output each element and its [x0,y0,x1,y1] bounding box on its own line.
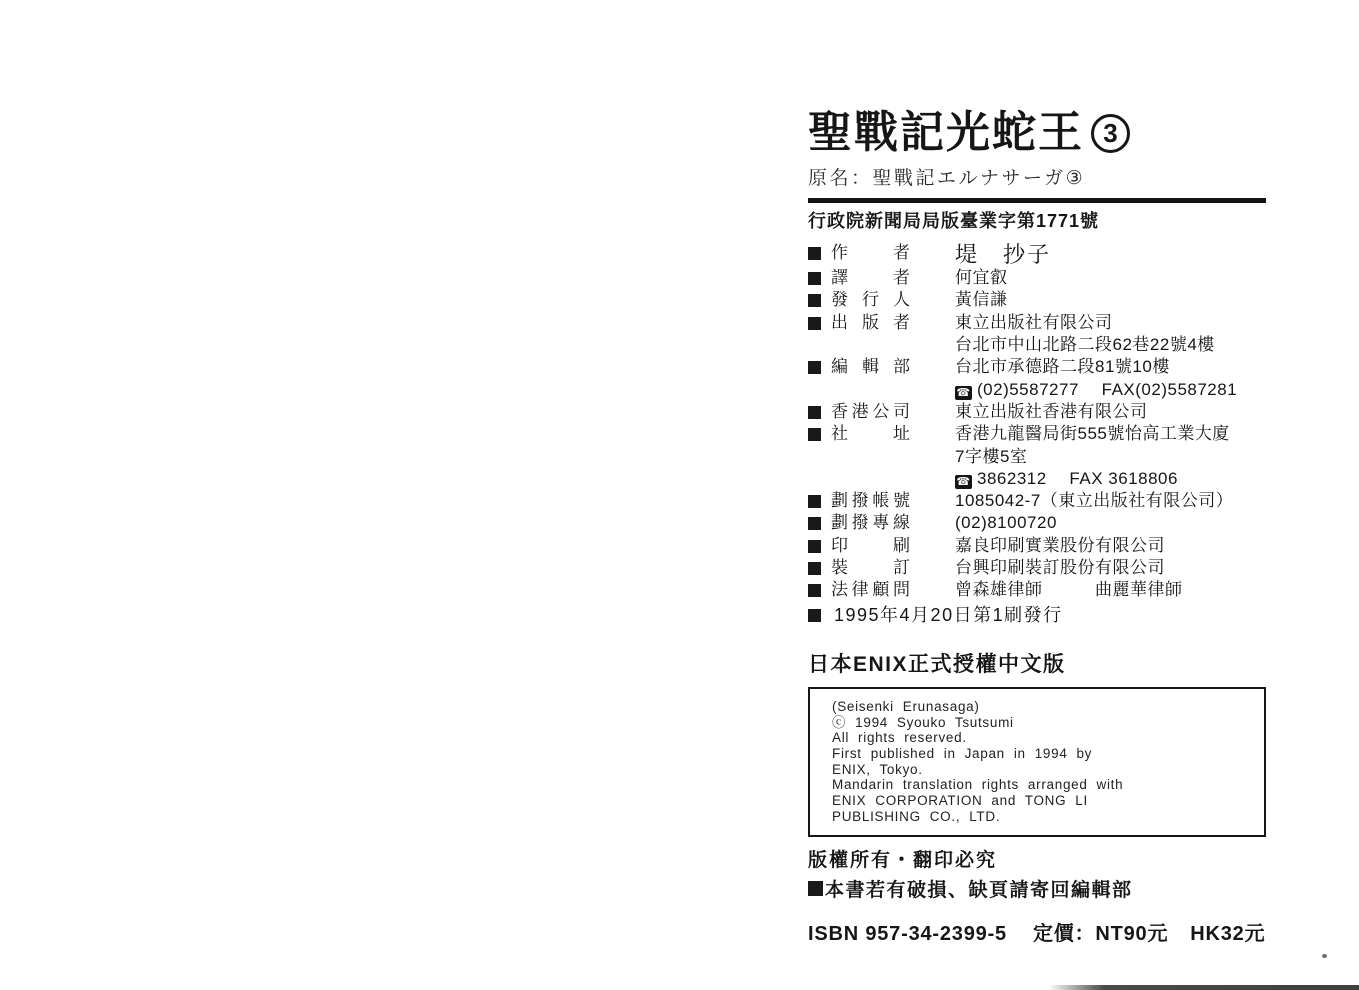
bullet-square-icon [808,406,821,419]
info-label: 作者 [831,242,910,264]
rights-line: 版權所有・翻印必究 [808,845,1266,872]
info-label: 編輯部 [831,356,910,378]
copyright-line: ⓒ 1994 Syouko Tsutsumi [832,715,1258,731]
bullet-square-icon [808,584,821,597]
info-label-cell: 出版者 [808,312,955,334]
bullet-square-icon [808,609,821,622]
info-value-cell: 東立出版社香港有限公司 [955,401,1266,423]
damage-notice-line: 本書若有破損、缺頁請寄回編輯部 [808,875,1266,902]
info-value-line: 7字樓5室 [955,446,1266,468]
copyright-line: First published in Japan in 1994 by [832,746,1258,762]
info-value-line: 嘉良印刷實業股份有限公司 [955,535,1266,557]
info-label-cell: 印刷 [808,535,955,557]
price-hk: HK32元 [1190,917,1265,946]
info-value-text: 堤 抄子 [955,242,1051,267]
info-value-text: 黃信謙 [955,290,1008,309]
info-value-line: ☎3862312 FAX 3618806 [955,468,1266,490]
info-label: 香港公司 [831,401,910,423]
info-label-cell: 劃撥專線 [808,512,955,534]
phone-icon: ☎ [955,386,972,400]
colophon-block: 聖戰記光蛇王 3 原名：聖戰記エルナサーガ③ 行政院新聞局局版臺業字第1771號… [808,110,1266,946]
scan-edge-artifact [1048,985,1359,990]
info-row: 發行人黃信謙 [808,289,1266,311]
info-value-cell: 台北市承德路二段81號10樓☎(02)5587277 FAX(02)558728… [955,356,1266,401]
info-label-cell: 發行人 [808,289,955,311]
info-label-cell: 編輯部 [808,356,955,378]
bullet-square-icon [808,881,823,896]
info-value-cell: (02)8100720 [955,512,1266,534]
info-label: 譯者 [831,267,910,289]
info-row: 社址香港九龍醫局街555號怡高工業大廈7字樓5室☎3862312 FAX 361… [808,423,1266,490]
info-value-line: (02)8100720 [955,512,1266,534]
info-label: 印刷 [831,535,910,557]
phone-icon: ☎ [955,475,972,489]
info-label-cell: 社址 [808,423,955,445]
info-row: 劃撥帳號1085042-7（東立出版社有限公司） [808,490,1266,512]
bullet-square-icon [808,317,821,330]
info-label: 劃撥專線 [831,512,910,534]
scan-dot-artifact [1322,954,1327,958]
info-label-cell: 香港公司 [808,401,955,423]
info-list: 作者堤 抄子譯者何宜叡發行人黃信謙出版者東立出版社有限公司台北市中山北路二段62… [808,242,1266,601]
info-value-cell: 曾森雄律師 曲麗華律師 [955,579,1266,601]
info-row: 法律顧問曾森雄律師 曲麗華律師 [808,579,1266,601]
info-row: 編輯部台北市承德路二段81號10樓☎(02)5587277 FAX(02)558… [808,356,1266,401]
info-value-line: ☎(02)5587277 FAX(02)5587281 [955,379,1266,401]
info-label: 裝訂 [831,557,910,579]
info-value-line: 1085042-7（東立出版社有限公司） [955,490,1266,512]
bullet-square-icon [808,247,821,260]
info-value-text: 曾森雄律師 曲麗華律師 [955,580,1183,599]
info-value-line: 台北市中山北路二段62巷22號4樓 [955,334,1266,356]
info-value-line: 東立出版社香港有限公司 [955,401,1266,423]
bullet-square-icon [808,562,821,575]
bullet-square-icon [808,495,821,508]
scanned-colophon-page: 聖戰記光蛇王 3 原名：聖戰記エルナサーガ③ 行政院新聞局局版臺業字第1771號… [0,0,1359,990]
info-value-text: (02)8100720 [955,513,1057,532]
info-label-cell: 作者 [808,242,955,264]
info-label-cell: 裝訂 [808,557,955,579]
info-value-cell: 台興印刷裝訂股份有限公司 [955,557,1266,579]
bullet-square-icon [808,294,821,307]
first-print-line: 1995年4月20日第1刷發行 [808,604,1266,626]
info-value-line: 堤 抄子 [955,242,1266,267]
info-value-cell: 嘉良印刷實業股份有限公司 [955,535,1266,557]
info-value-text: 東立出版社香港有限公司 [955,402,1148,421]
info-label-cell: 劃撥帳號 [808,490,955,512]
copyright-line: All rights reserved. [832,730,1258,746]
info-row: 劃撥專線(02)8100720 [808,512,1266,534]
first-print-text: 1995年4月20日第1刷發行 [834,604,1063,626]
bullet-square-icon [808,361,821,374]
info-value-text: 東立出版社有限公司 [955,313,1113,332]
info-value-cell: 香港九龍醫局街555號怡高工業大廈7字樓5室☎3862312 FAX 36188… [955,423,1266,490]
info-value-line: 何宜叡 [955,267,1266,289]
info-row: 裝訂台興印刷裝訂股份有限公司 [808,557,1266,579]
info-row: 香港公司東立出版社香港有限公司 [808,401,1266,423]
copyright-line: ENIX CORPORATION and TONG LI [832,793,1258,809]
info-value-line: 台北市承德路二段81號10樓 [955,356,1266,378]
bullet-square-icon [808,272,821,285]
info-value-cell: 何宜叡 [955,267,1266,289]
info-value-cell: 1085042-7（東立出版社有限公司） [955,490,1266,512]
price-nt: NT90元 [1095,917,1168,946]
divider-rule [808,198,1266,203]
copyright-line: Mandarin translation rights arranged wit… [832,777,1258,793]
original-title: 原名：聖戰記エルナサーガ③ [808,163,1266,190]
info-label: 出版者 [831,312,910,334]
book-title: 聖戰記光蛇王 [808,110,1084,156]
info-value-line: 東立出版社有限公司 [955,312,1266,334]
info-value-text: 何宜叡 [955,268,1008,287]
copyright-line: (Seisenki Erunasaga) [832,699,1258,715]
isbn-line: ISBN 957-34-2399-5 定價： NT90元 HK32元 [808,917,1266,946]
info-value-text: 台北市中山北路二段62巷22號4樓 [955,335,1215,354]
info-value-line: 曾森雄律師 曲麗華律師 [955,579,1266,601]
price-label: 定價： [1033,917,1095,946]
registration-number: 行政院新聞局局版臺業字第1771號 [808,207,1266,233]
info-value-text: 嘉良印刷實業股份有限公司 [955,536,1165,555]
license-line: 日本ENIX正式授權中文版 [808,648,1266,678]
info-row: 印刷嘉良印刷實業股份有限公司 [808,535,1266,557]
info-label: 社址 [831,423,910,445]
isbn-number: ISBN 957-34-2399-5 [808,923,1007,946]
title-row: 聖戰記光蛇王 3 [808,110,1266,156]
info-label: 發行人 [831,289,910,311]
copyright-box: (Seisenki Erunasaga)ⓒ 1994 Syouko Tsutsu… [808,687,1266,837]
info-value-text: 3862312 FAX 3618806 [977,469,1178,488]
info-value-text: 1085042-7（東立出版社有限公司） [955,491,1233,510]
info-label-cell: 法律顧問 [808,579,955,601]
info-value-line: 黃信謙 [955,289,1266,311]
info-value-line: 台興印刷裝訂股份有限公司 [955,557,1266,579]
info-row: 出版者東立出版社有限公司台北市中山北路二段62巷22號4樓 [808,312,1266,357]
info-value-text: 台興印刷裝訂股份有限公司 [955,558,1165,577]
copyright-line: ENIX, Tokyo. [832,762,1258,778]
info-value-text: 台北市承德路二段81號10樓 [955,357,1170,376]
copyright-line: PUBLISHING CO., LTD. [832,809,1258,825]
info-value-cell: 黃信謙 [955,289,1266,311]
info-row: 譯者何宜叡 [808,267,1266,289]
info-label: 法律顧問 [831,579,910,601]
bullet-square-icon [808,428,821,441]
info-value-text: (02)5587277 FAX(02)5587281 [977,380,1237,399]
volume-number-badge: 3 [1091,114,1130,153]
bullet-square-icon [808,517,821,530]
info-value-cell: 東立出版社有限公司台北市中山北路二段62巷22號4樓 [955,312,1266,357]
info-value-line: 香港九龍醫局街555號怡高工業大廈 [955,423,1266,445]
info-value-text: 7字樓5室 [955,447,1027,466]
info-value-cell: 堤 抄子 [955,242,1266,267]
info-row: 作者堤 抄子 [808,242,1266,267]
bullet-square-icon [808,540,821,553]
info-value-text: 香港九龍醫局街555號怡高工業大廈 [955,424,1230,443]
damage-notice-text: 本書若有破損、缺頁請寄回編輯部 [825,875,1133,902]
info-label-cell: 譯者 [808,267,955,289]
info-label: 劃撥帳號 [831,490,910,512]
